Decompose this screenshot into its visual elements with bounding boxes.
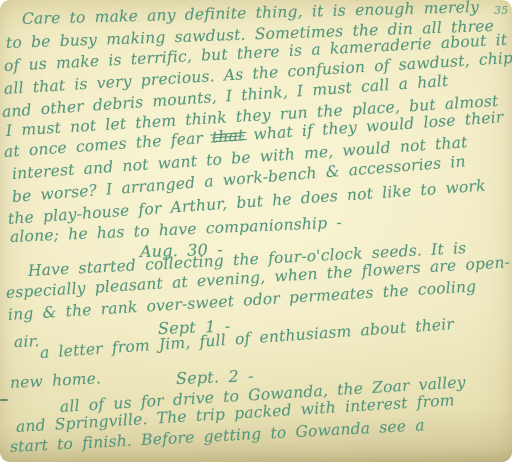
margin-ink-mark	[0, 399, 8, 401]
handwritten-line: new home.	[10, 369, 102, 392]
page-number: 35	[494, 2, 508, 20]
struck-out-word: that	[211, 126, 245, 146]
handwritten-line: air.	[14, 332, 40, 351]
handwritten-line: a letter from Jim, full of enthusiasm ab…	[39, 315, 454, 362]
diary-page: 35 Care to make any definite thing, it i…	[0, 0, 512, 462]
date-heading-sept-2: Sept. 2 -	[176, 367, 254, 388]
